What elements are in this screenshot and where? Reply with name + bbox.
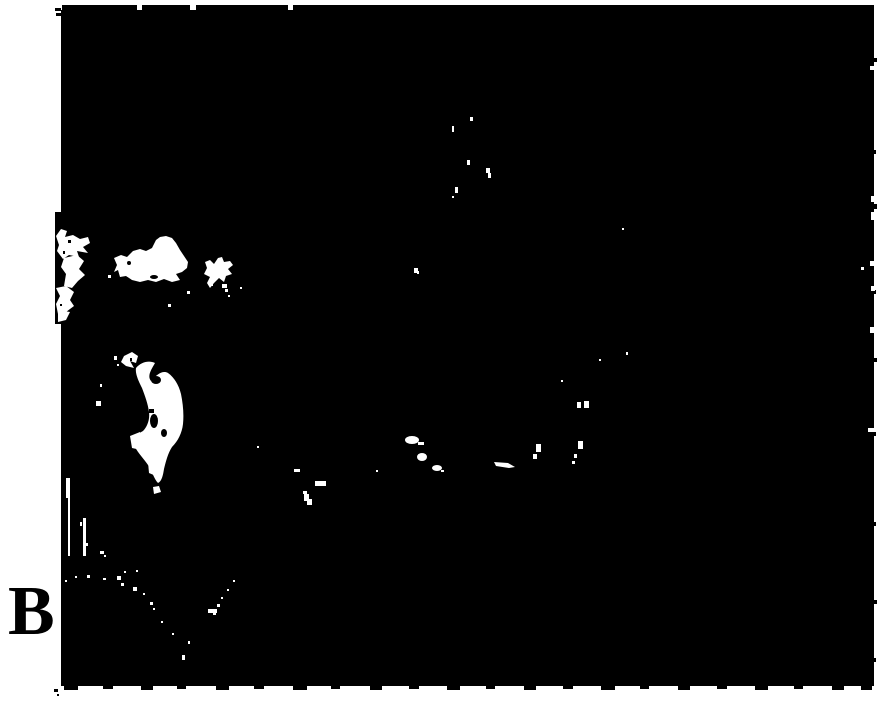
- image-blob: [870, 327, 875, 333]
- image-blob: [100, 551, 104, 554]
- image-blob: [150, 275, 158, 279]
- image-blob: [452, 126, 454, 132]
- image-blob: [622, 228, 624, 230]
- image-blob: [409, 686, 419, 689]
- image-blob: [874, 150, 876, 154]
- image-blob: [874, 204, 877, 209]
- image-blob: [601, 686, 615, 690]
- image-blob: [62, 5, 137, 12]
- image-blob: [331, 686, 340, 689]
- image-blob: [626, 352, 628, 355]
- image-blob: [467, 160, 470, 165]
- image-blob: [64, 686, 78, 690]
- image-blob: [578, 441, 583, 449]
- image-blob: [130, 358, 132, 361]
- image-blob: [187, 291, 190, 294]
- image-blob: [572, 461, 575, 464]
- image-blob: [168, 304, 171, 307]
- image-blob: [452, 196, 454, 198]
- image-blob: [161, 429, 167, 437]
- image-blob: [488, 173, 491, 178]
- image-blob: [418, 442, 424, 445]
- image-blob: [447, 686, 460, 690]
- image-blob: [60, 304, 62, 306]
- image-blob: [577, 402, 581, 408]
- image-blob: [228, 295, 230, 297]
- image-blob: [441, 470, 444, 472]
- image-blob: [861, 267, 864, 270]
- image-blob: [65, 580, 67, 582]
- image-blob: [222, 284, 227, 288]
- image-blob: [127, 261, 131, 265]
- image-blob: [455, 187, 458, 193]
- image-blob: [153, 608, 155, 610]
- image-blob: [584, 401, 589, 408]
- image-blob: [868, 428, 875, 432]
- image-blob: [210, 283, 213, 286]
- image-blob: [486, 686, 495, 689]
- image-blob: [124, 571, 126, 573]
- image-blob: [225, 289, 228, 292]
- image-blob: [100, 384, 102, 387]
- image-blob: [293, 686, 307, 690]
- image-blob: [240, 287, 242, 289]
- image-blob: [432, 465, 442, 471]
- image-blob: [536, 444, 541, 452]
- image-blob: [149, 409, 154, 413]
- image-blob: [563, 686, 573, 689]
- image-blob: [257, 446, 259, 448]
- image-blob: [142, 5, 190, 12]
- image-blob: [103, 686, 113, 689]
- image-blob: [405, 436, 419, 444]
- image-blob: [121, 583, 124, 586]
- image-blob: [143, 593, 145, 595]
- image-blob: [861, 686, 872, 690]
- image-blob: [303, 491, 307, 494]
- image-blob: [370, 686, 382, 690]
- image-blob: [307, 499, 312, 505]
- image-blob: [874, 658, 876, 662]
- image-blob: [63, 251, 65, 254]
- image-blob: [315, 481, 326, 486]
- image-blob: [417, 271, 419, 274]
- image-blob: [117, 576, 121, 580]
- image-blob: [86, 543, 88, 546]
- image-blob: [832, 686, 844, 690]
- image-blob: [196, 5, 288, 12]
- image-blob: [874, 432, 876, 436]
- image-blob: [150, 414, 158, 428]
- image-blob: [874, 58, 877, 62]
- image-blob: [54, 689, 58, 692]
- image-blob: [678, 686, 690, 690]
- image-blob: [870, 66, 875, 70]
- image-blob: [96, 401, 101, 406]
- image-blob: [72, 296, 75, 299]
- image-blob: [61, 10, 874, 686]
- image-blob: [161, 621, 163, 623]
- image-blob: [574, 454, 577, 458]
- image-blob: [874, 600, 877, 604]
- micrograph-panel: B: [0, 0, 889, 702]
- image-blob: [136, 570, 138, 572]
- image-blob: [294, 469, 300, 472]
- image-blob: [871, 212, 875, 220]
- image-blob: [66, 478, 70, 498]
- image-blob: [794, 686, 803, 689]
- image-blob: [188, 641, 190, 644]
- image-blob: [117, 364, 119, 366]
- image-blob: [755, 686, 768, 690]
- image-blob: [104, 555, 106, 557]
- image-blob: [114, 356, 117, 360]
- image-blob: [80, 522, 82, 526]
- image-blob: [208, 609, 217, 613]
- image-blob: [221, 597, 223, 599]
- image-blob: [599, 359, 601, 361]
- image-blob: [874, 358, 877, 362]
- image-blob: [150, 602, 153, 605]
- image-blob: [376, 470, 378, 472]
- image-blob: [172, 633, 174, 635]
- image-blob: [133, 587, 137, 591]
- image-blob: [233, 580, 235, 582]
- image-blob: [871, 286, 875, 291]
- image-blob: [533, 454, 537, 459]
- image-blob: [470, 117, 473, 121]
- image-blob: [141, 686, 153, 690]
- image-blob: [177, 686, 186, 689]
- panel-label: B: [8, 573, 55, 650]
- image-blob: [83, 518, 86, 556]
- image-blob: [68, 240, 71, 243]
- image-blob: [417, 453, 427, 461]
- image-blob: [216, 686, 229, 690]
- image-blob: [640, 686, 649, 689]
- image-blob: [870, 261, 875, 266]
- image-blob: [254, 686, 264, 689]
- image-blob: [55, 8, 61, 11]
- image-blob: [874, 522, 876, 526]
- image-blob: [293, 5, 874, 12]
- image-blob: [151, 376, 161, 384]
- photo-base: [54, 5, 877, 696]
- image-blob: [213, 613, 216, 615]
- image-blob: [103, 578, 106, 580]
- image-blob: [75, 576, 77, 578]
- image-blob: [524, 686, 536, 690]
- image-blob: [717, 686, 727, 689]
- image-blob: [87, 575, 90, 578]
- image-blob: [486, 168, 490, 173]
- image-blob: [56, 13, 61, 16]
- image-blob: [68, 498, 70, 556]
- image-blob: [217, 604, 220, 607]
- image-blob: [182, 655, 185, 660]
- image-blob: [227, 589, 229, 591]
- image-blob: [108, 275, 111, 278]
- image-blob: [57, 694, 59, 696]
- figure-page: B: [0, 0, 889, 702]
- image-blob: [561, 380, 563, 382]
- image-blob: [871, 196, 875, 202]
